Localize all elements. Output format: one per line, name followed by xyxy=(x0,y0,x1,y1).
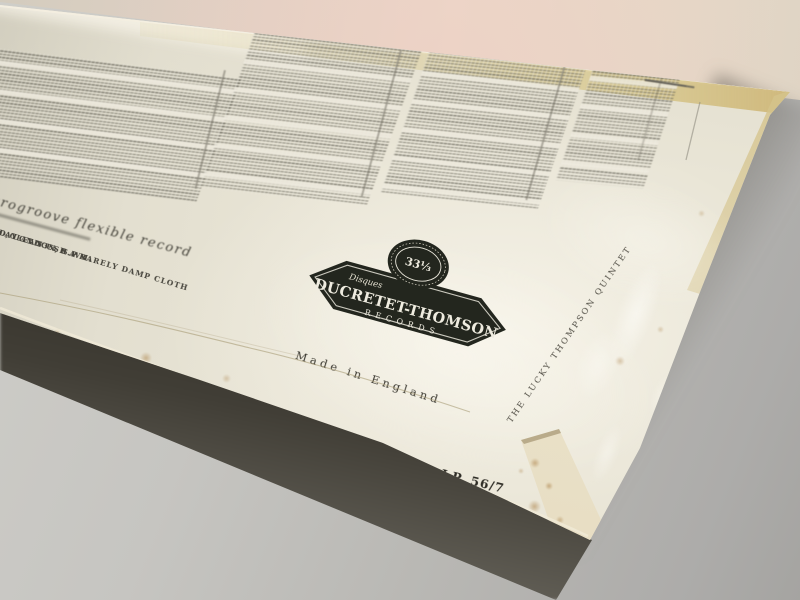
photo-stage: microgroove flexible record AD, LONDON, … xyxy=(0,0,800,600)
